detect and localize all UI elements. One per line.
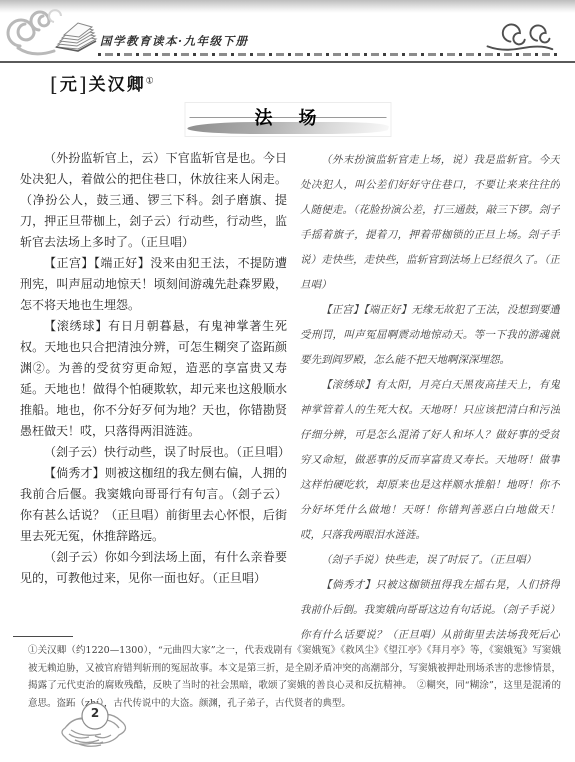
author-bracket-right: ] (79, 72, 89, 96)
header-rule (0, 61, 575, 63)
translation-paragraph: 【正宫】【端正好】无缘无故犯了王法，没想到要遭受刑罚，叫声冤屈啊震动地惊动天。等… (300, 298, 560, 373)
original-paragraph: （刽子云）你如今到法场上面，有什么亲眷要见的，可教他过来，见你一面也好。（正旦唱… (20, 547, 287, 589)
text-columns: （外扮监斩官上，云）下官监斩官是也。今日处决犯人，着做公的把住巷口，休放往来人闲… (20, 148, 560, 640)
translation-paragraph: （外末扮演监斩官走上场，说）我是监斩官。今天处决犯人，叫公差们好好守住巷口，不要… (300, 148, 560, 298)
book-page: 国学教育读本·九年级下册 [元]关汉卿① 法 场 （外扮监斩官上，云）下官监斩官… (0, 0, 575, 762)
author-name: 关汉卿 (89, 75, 146, 95)
original-paragraph: 【滚绣球】有日月朝暮悬，有鬼神掌著生死权。天地也只合把清浊分辨，可怎生糊突了盗跖… (20, 316, 287, 442)
author-dynasty: 元 (60, 75, 79, 95)
book-pages-icon (52, 17, 100, 55)
original-paragraph: 【正宫】【端正好】没来由犯王法，不提防遭刑宪，叫声屈动地惊天！顷刻间游魂先赴森罗… (20, 253, 287, 316)
dashed-divider (98, 53, 561, 56)
page-number-badge: 2 (55, 698, 135, 756)
author-footnote-ref: ① (146, 76, 154, 86)
booklet-title: 国学教育读本·九年级下册 (100, 33, 249, 49)
author-line: [元]关汉卿① (50, 70, 154, 96)
translation-paragraph: （刽子手说）快些走，误了时辰了。（正旦唱） (300, 548, 560, 573)
author-bracket-left: [ (50, 72, 60, 96)
footnote-rule (13, 636, 73, 637)
cloud-decoration-right-icon (480, 13, 558, 53)
title-banner: 法 场 (185, 103, 390, 136)
translation-paragraph: 【倘秀才】只被这枷锁扭得我左摇右晃，人们挤得我前仆后倒。我窦娥向哥哥这边有句话说… (300, 573, 560, 640)
translation-paragraph: 【滚绣球】有太阳，月亮白天黑夜高挂天上，有鬼神掌管着人的生死大权。天地呀！只应该… (300, 373, 560, 548)
original-paragraph: （刽子云）快行动些，误了时辰也。（正旦唱） (20, 442, 287, 463)
original-text-column: （外扮监斩官上，云）下官监斩官是也。今日处决犯人，着做公的把住巷口，休放往来人闲… (20, 148, 287, 640)
page-number: 2 (82, 706, 108, 720)
original-paragraph: 【倘秀才】则被这枷纽的我左侧右偏，人拥的我前合后偃。我窦娥向哥哥行有句言。（刽子… (20, 463, 287, 547)
translation-text-column: （外末扮演监斩官走上场，说）我是监斩官。今天处决犯人，叫公差们好好守住巷口，不要… (300, 148, 560, 640)
page-title: 法 场 (185, 104, 390, 130)
original-paragraph: （外扮监斩官上，云）下官监斩官是也。今日处决犯人，着做公的把住巷口，休放往来人闲… (20, 148, 287, 253)
